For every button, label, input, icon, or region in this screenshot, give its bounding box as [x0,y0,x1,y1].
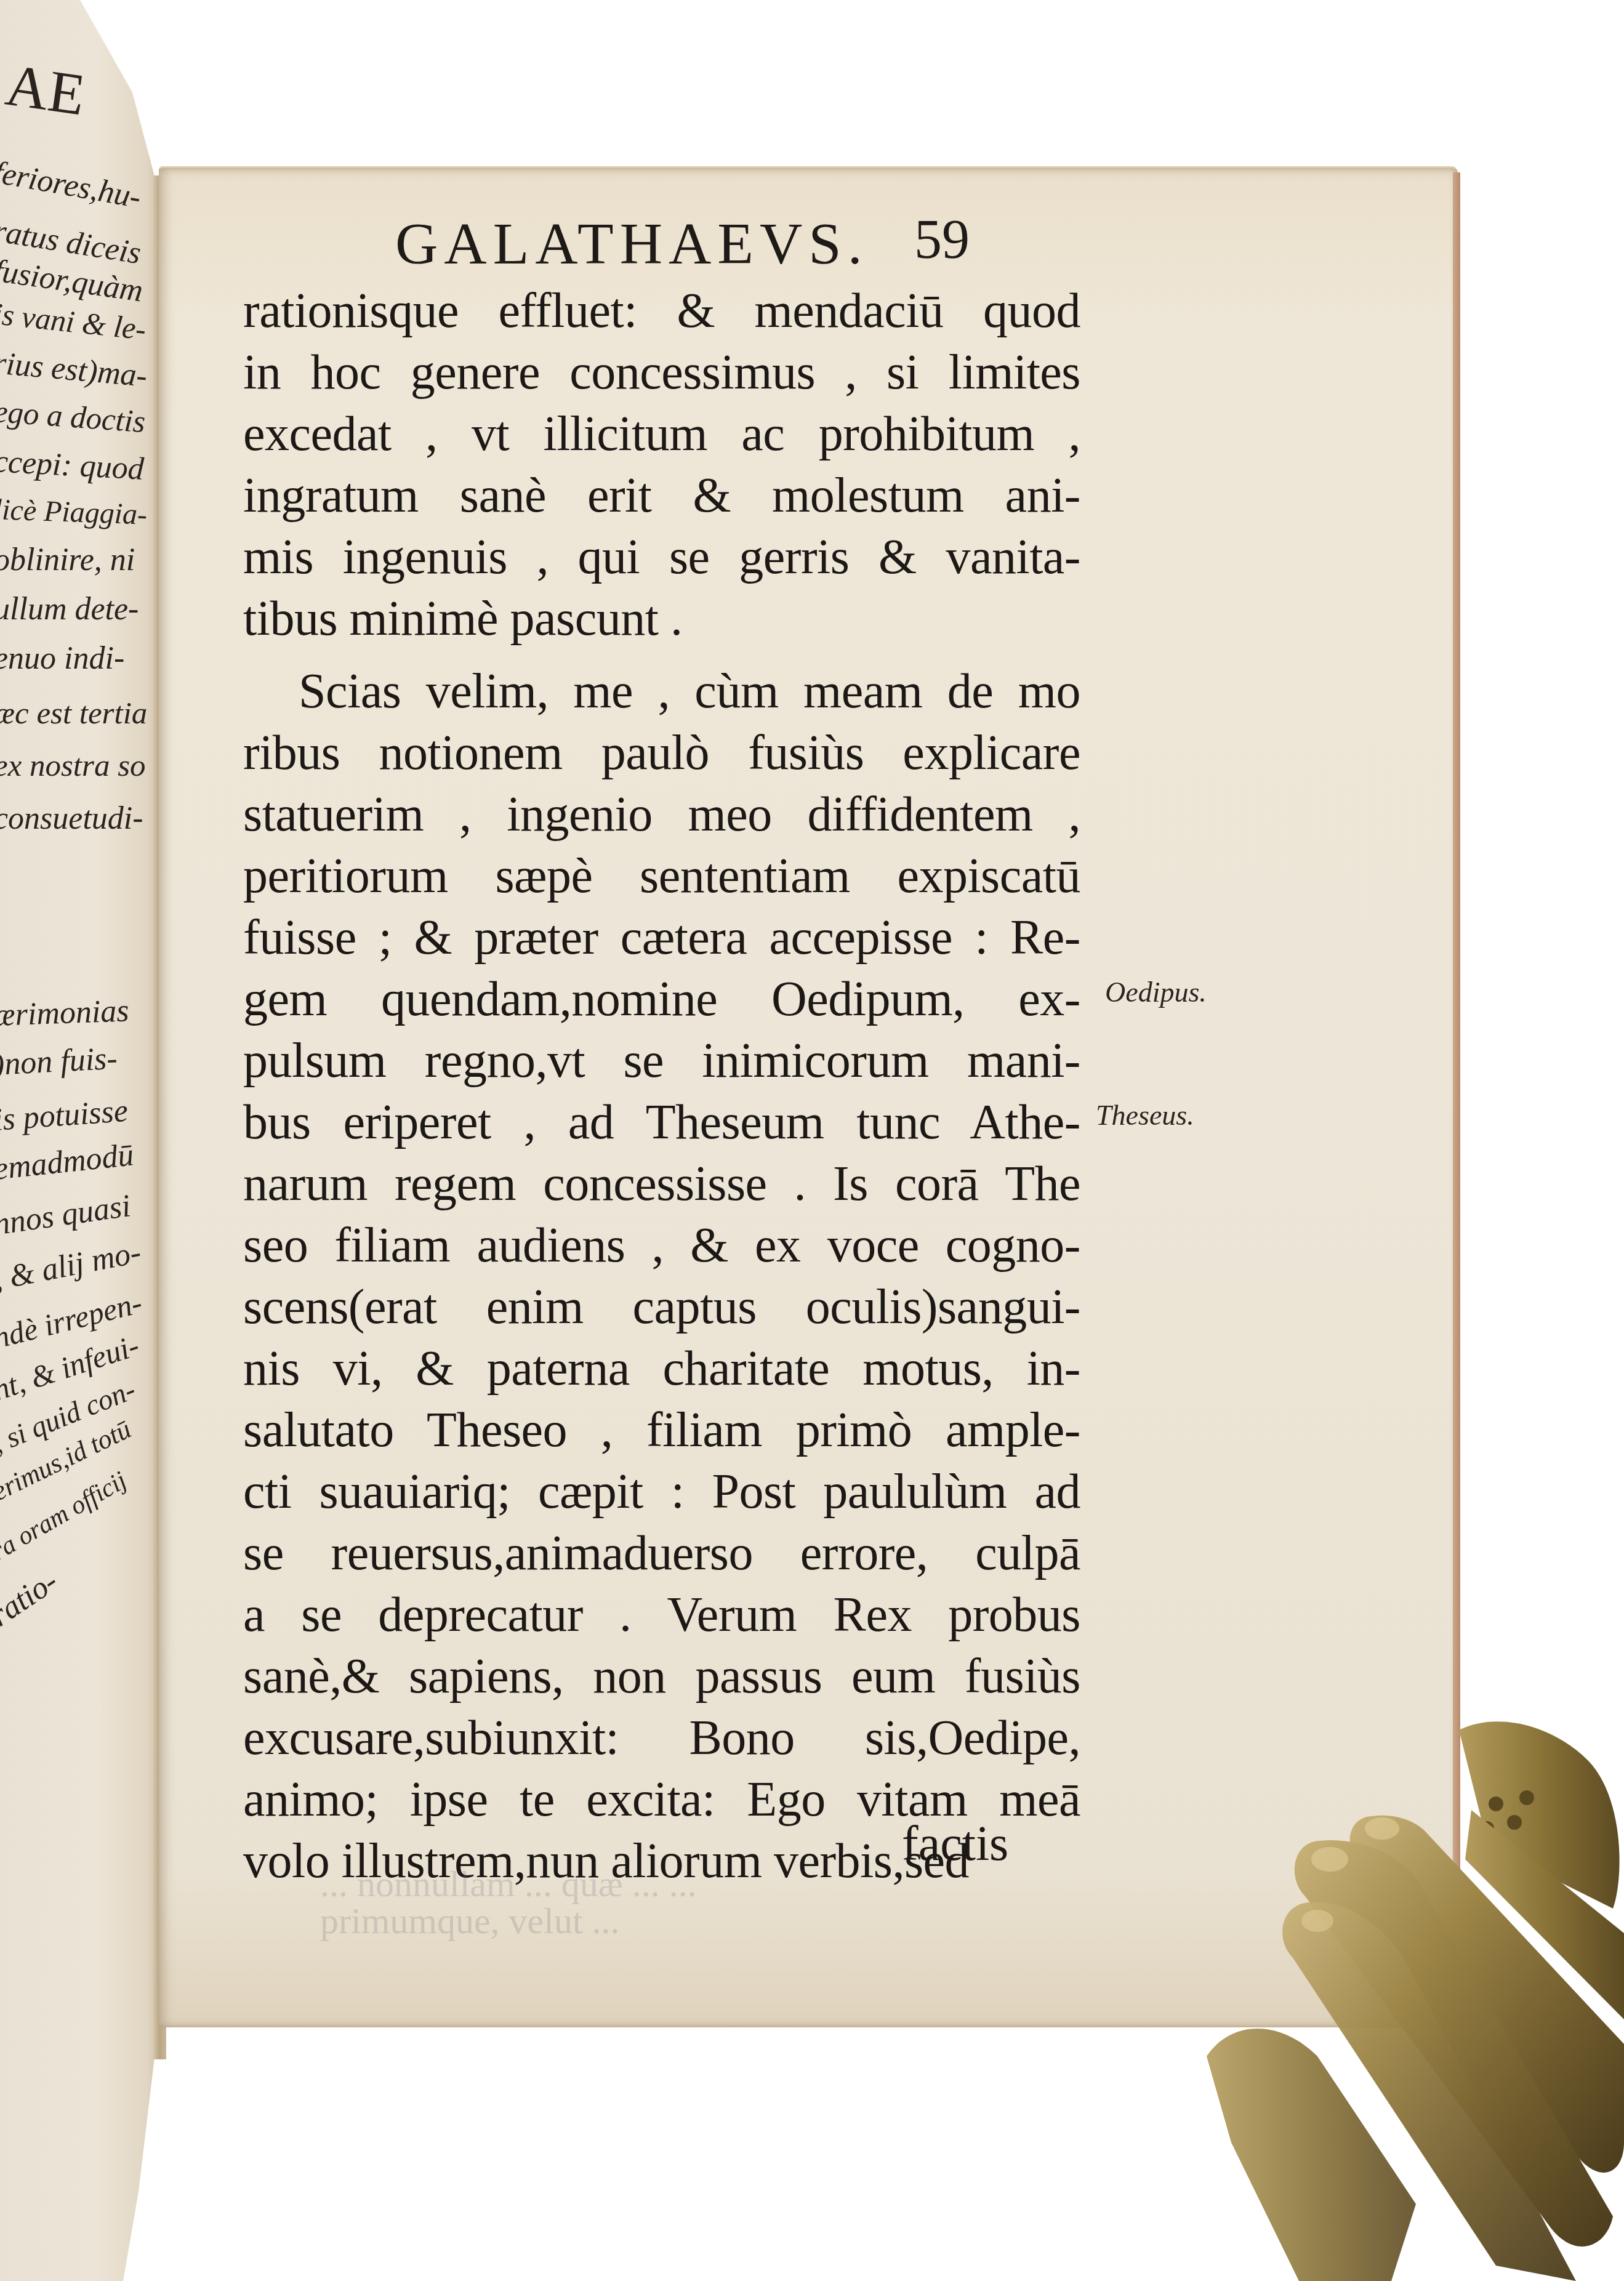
text-line: seo filiam audiens , & ex voce cogno- [243,1215,1080,1276]
left-text-line: licè Piaggia- [0,493,148,532]
text-line: scens(erat enim captus oculis)sangui- [243,1276,1080,1338]
text-line: narum regem concessisse . Is corā The [243,1153,1080,1215]
text-line: rationisque effluet: & mendaciū quod [243,280,1080,342]
marginal-note-oedipus: Oedipus. [1105,976,1207,1008]
left-text-line: ex nostra so [0,748,145,784]
text-line: peritiorum sæpè sententiam expiscatū [243,845,1080,907]
text-line: salutato Theseo , filiam primò ample- [243,1399,1080,1461]
text-line: excedat , vt illicitum ac prohibitum , [243,403,1080,465]
text-line: a se deprecatur . Verum Rex probus [243,1584,1080,1646]
left-text-line: consuetudi- [0,800,143,837]
text-line: fuisse ; & præter cætera accepisse : Re- [243,907,1080,968]
left-text-line: ullum dete- [0,591,139,627]
page-header: GALATHAEVS. 59 [234,203,1108,283]
show-through-text: ... nonnullam ... quæ ... ... primumque,… [320,1865,813,1939]
text-line: ribus notionem paulò fusiùs explicare [243,722,1080,784]
text-line: gem quendam,nomine Oedipum, ex- [243,968,1080,1030]
text-line: ingratum sanè erit & molestum ani- [243,465,1080,526]
marginal-note-theseus: Theseus. [1096,1099,1194,1132]
text-line: Scias velim, me , cùm meam de mo [243,661,1080,722]
text-line: sanè,& sapiens, non passus eum fusiùs [243,1646,1080,1707]
text-line: cti suauiariq; cæpit : Post paululùm ad [243,1461,1080,1523]
text-line: mis ingenuis , qui se gerris & vanita- [243,526,1080,588]
left-text-line: æc est tertia [0,696,147,731]
text-line: tibus minimè pascunt . [243,588,1080,650]
text-line: in hoc genere concessimus , si limites [243,342,1080,403]
text-line: pulsum regno,vt se inimicorum mani- [243,1030,1080,1092]
left-text-line: ærimonias [0,992,130,1034]
running-title: GALATHAEVS. [395,209,869,278]
text-line: excusare,subiunxit: Bono sis,Oedipe, [243,1707,1080,1769]
brass-hand-clip-icon [1207,1675,1624,2281]
left-text-line: )non fuis- [0,1040,118,1083]
left-running-head: AE [2,50,89,129]
body-text: rationisque effluet: & mendaciū quodin h… [243,280,1080,1892]
text-line: statuerim , ingenio meo diffidentem , [243,784,1080,845]
left-text-line: ccepi: quod [0,443,145,488]
catchword: factis [902,1816,1008,1872]
left-text-line: oblinire, ni [0,542,135,578]
text-line: bus eriperet , ad Theseum tunc Athe- [243,1092,1080,1153]
page-number: 59 [914,208,970,272]
text-line: se reuersus,animaduerso errore, culpā [243,1523,1080,1584]
text-line: nis vi, & paterna charitate motus, in- [243,1338,1080,1399]
left-text-line: enuo indi- [0,640,124,677]
